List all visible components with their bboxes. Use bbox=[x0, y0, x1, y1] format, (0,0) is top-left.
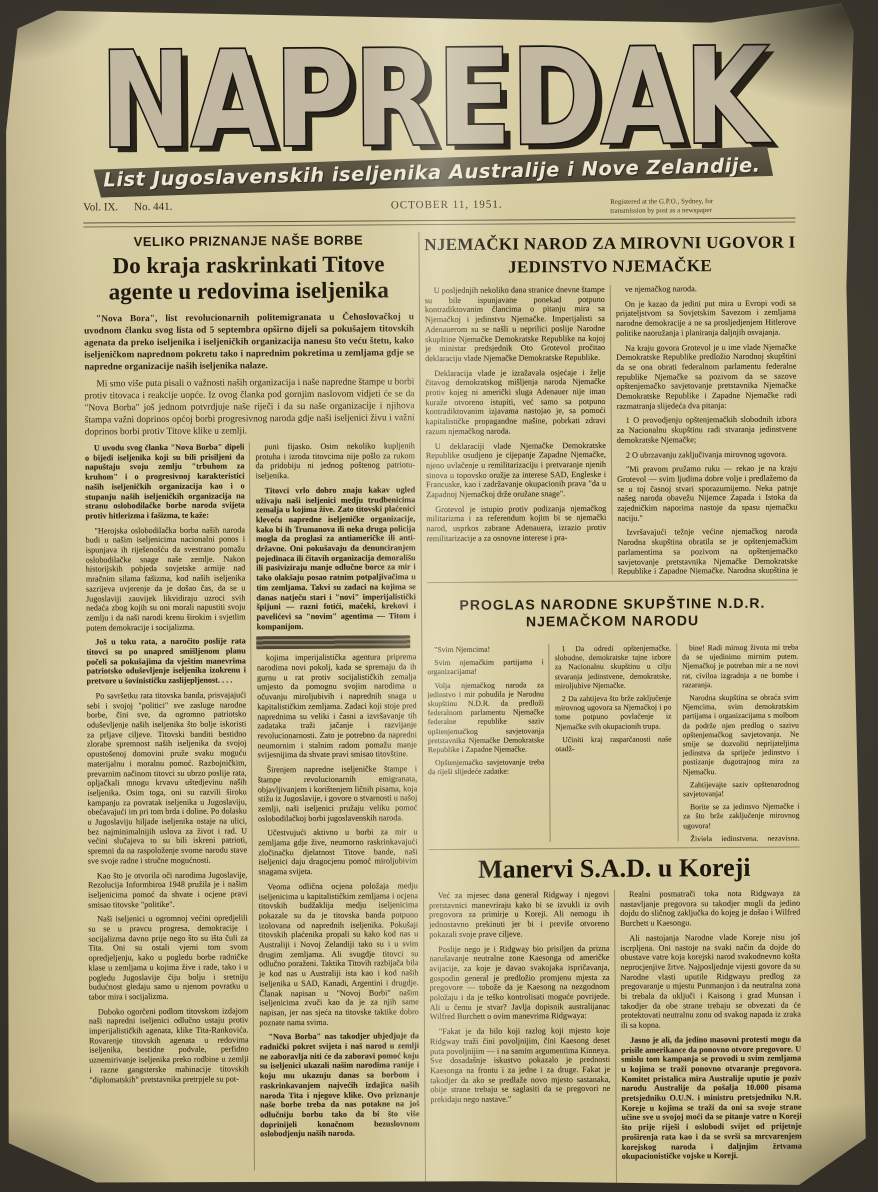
paragraph: Jasno je ali, da jedino masovni protesti… bbox=[621, 1034, 802, 1161]
paragraph: bine! Radi mirnog života mi treba da se … bbox=[682, 643, 799, 690]
column-divider bbox=[676, 643, 678, 841]
paragraph: Duboko ogorčeni podlom titovskom izdajom… bbox=[89, 1006, 249, 1085]
paragraph: Izvršavajući težnje većine njemačkog nar… bbox=[617, 527, 797, 576]
column-paragraphs: puni fijasko. Osim nekoliko kupljenih pr… bbox=[255, 441, 416, 631]
column-3: bine! Radi mirnog života mi treba da se … bbox=[682, 643, 800, 842]
column-2: ve njemačkog naroda.On je kazao da jedin… bbox=[616, 284, 798, 575]
volume-label: Vol. IX. bbox=[83, 201, 118, 213]
korea-article-columns: Već za mjesec dana general Ridgway i nje… bbox=[429, 889, 802, 1188]
article-german-peace-treaty: NJEMAČKI NAROD ZA MIROVNI UGOVOR IJEDINS… bbox=[424, 231, 798, 577]
paragraph: kojima imperijalistička agentura priprem… bbox=[257, 653, 417, 761]
paragraph: Širenjem napredne iseljeničke štampe i š… bbox=[258, 764, 418, 823]
registration-note: Registered at the G.P.O., Sydney, for tr… bbox=[610, 197, 795, 215]
column-1: "Svim Njemcima!Svim njemačkim partijama … bbox=[427, 644, 545, 843]
column-divider bbox=[610, 285, 613, 575]
dateline-volume: Vol. IX.No. 441. bbox=[83, 200, 283, 213]
lead-paragraph-2: Mi smo više puta pisali o važnosti naših… bbox=[84, 376, 414, 438]
article-headline: Do kraja raskrinkati Titoveagente u redo… bbox=[84, 251, 414, 305]
paragraph: Ali nastojanja Narodne vlade Koreje nisu… bbox=[620, 932, 801, 1030]
proclamation-box: PROGLAS NARODNE SKUPŠTINE N.D.R.NJEMAČKO… bbox=[427, 595, 800, 844]
column-divider bbox=[249, 442, 255, 1170]
section-rule bbox=[427, 580, 798, 584]
paragraph: 1 O provodjenju opštenjemačkih slobodnih… bbox=[617, 415, 797, 445]
section-rule bbox=[429, 847, 800, 851]
print-smudge bbox=[257, 636, 410, 650]
paragraph: Realni posmatrači toka nota Ridgwaya za … bbox=[620, 889, 800, 929]
paragraph: "Herojska oslobodilačka borba naših naro… bbox=[85, 525, 245, 633]
paragraph: 2 Da zahtijeva što brže zaključenje miro… bbox=[555, 693, 672, 731]
paragraph: Veoma odlična ocjena položaja medju isel… bbox=[258, 881, 418, 1028]
paragraph: ve njemačkog naroda. bbox=[616, 284, 796, 295]
column-divider bbox=[614, 890, 617, 1186]
german-article-headline: NJEMAČKI NAROD ZA MIROVNI UGOVOR IJEDINS… bbox=[424, 231, 795, 280]
paragraph: U deklaraciji vlade Njemačke Demokratske… bbox=[426, 440, 606, 499]
newspaper-page: NAPREDAK NAPREDAK List Jugoslavenskih is… bbox=[0, 0, 878, 1192]
article-kicker: VELIKO PRIZNANJE NAŠE BORBE bbox=[83, 232, 413, 249]
dateline: Vol. IX.No. 441. OCTOBER 11, 1951. Regis… bbox=[83, 197, 795, 219]
paragraph: On je kazao da jedini put mira u Evropi … bbox=[616, 298, 796, 338]
column-2: Realni posmatrači toka nota Ridgwaya za … bbox=[620, 889, 802, 1186]
paragraph: Grotevol je istupio protiv podizanja nje… bbox=[426, 504, 606, 544]
paragraph: "Fakat je da bilo koji razlog koji mjest… bbox=[430, 1026, 611, 1105]
column-1: U uvodu svog članka "Nova Borba" dipeli … bbox=[85, 442, 250, 1171]
paragraph: Deklaracija vlade je izražavala osjećaje… bbox=[425, 367, 606, 436]
paragraph: Naši iseljenici u ogromnoj većini opredj… bbox=[88, 914, 248, 1002]
paragraph: U uvodu svog članka "Nova Borba" dipeli … bbox=[85, 442, 245, 521]
paragraph: Po savršetku rata titovska banda, prisva… bbox=[87, 690, 248, 866]
proclamation-columns: "Svim Njemcima!Svim njemačkim partijama … bbox=[427, 643, 799, 844]
article-columns: U uvodu svog članka "Nova Borba" dipeli … bbox=[85, 441, 420, 1171]
paragraph: Poslije nego je i Ridgway bio prisiljen … bbox=[429, 943, 610, 1022]
column-paragraphs: kojima imperijalistička agentura priprem… bbox=[257, 653, 420, 1140]
paragraph: Zahtijevajte saziv opštenarodnog savjeto… bbox=[683, 779, 800, 798]
column-divider bbox=[549, 644, 551, 842]
paragraph: "Svim Njemcima! bbox=[427, 644, 543, 654]
paragraph: Učiniti kraj rasparčanosti naše otadž- bbox=[555, 734, 672, 753]
right-page-half: NJEMAČKI NAROD ZA MIROVNI UGOVOR IJEDINS… bbox=[424, 230, 802, 1188]
paragraph: Svim njemačkim partijama i organizacijam… bbox=[427, 657, 544, 676]
paragraph: Kao što je otvorila oči narodima Jugosla… bbox=[88, 870, 248, 910]
issue-date: OCTOBER 11, 1951. bbox=[283, 198, 610, 212]
column-1: U posljednjih nekoliko dana stranice dne… bbox=[425, 285, 607, 576]
paragraph: Opštenjemačko savjetovanje treba da rije… bbox=[428, 758, 545, 777]
paragraph: 1 Da odredi opštenjemačke, slobodne, dem… bbox=[555, 643, 672, 690]
column-2: 1 Da odredi opštenjemačke, slobodne, dem… bbox=[555, 643, 673, 842]
paragraph: "Nova Borba" nas takodjer ubjedjuje da r… bbox=[259, 1032, 419, 1140]
column-1: Već za mjesec dana general Ridgway i nje… bbox=[429, 890, 611, 1187]
paragraph: Još u toku rata, a naročito poslije rata… bbox=[86, 637, 246, 687]
issue-number: No. 441. bbox=[134, 201, 172, 213]
paragraph: Već za mjesec dana general Ridgway i nje… bbox=[429, 890, 609, 940]
page-content: NAPREDAK NAPREDAK List Jugoslavenskih is… bbox=[82, 22, 802, 1190]
paragraph: U posljednjih nekoliko dana stranice dne… bbox=[425, 285, 606, 364]
registration-line-2: transmission by post as a newspaper bbox=[610, 205, 795, 215]
article-tito-agents: VELIKO PRIZNANJE NAŠE BORBE Do kraja ras… bbox=[83, 232, 420, 1189]
paragraph: Na kraju govora Grotevol je u ime vlade … bbox=[616, 342, 797, 411]
masthead: NAPREDAK NAPREDAK List Jugoslavenskih is… bbox=[82, 22, 795, 193]
korea-article-headline: Manervi S.A.D. u Koreji bbox=[429, 853, 800, 886]
paragraph: Živjela jedinstvena, nezavisna, demokrat… bbox=[683, 833, 799, 843]
paragraph: Titovci vrlo dobro znaju kakav ugled uži… bbox=[256, 485, 416, 632]
paragraph: Volja njemačkog naroda za jedinstvo i mi… bbox=[427, 680, 544, 754]
paragraph: "Mi pravom pružamo ruku — rekao je na kr… bbox=[617, 464, 797, 523]
page-body: VELIKO PRIZNANJE NAŠE BORBE Do kraja ras… bbox=[83, 230, 802, 1190]
paragraph: puni fijasko. Osim nekoliko kupljenih pr… bbox=[255, 441, 415, 481]
scanned-newspaper-photo: NAPREDAK NAPREDAK List Jugoslavenskih is… bbox=[0, 0, 878, 1192]
paragraph: 2 O ubrzavanju zaključivanja mirovnog ug… bbox=[617, 449, 797, 460]
header-rule bbox=[83, 218, 795, 228]
proclamation-headline: PROGLAS NARODNE SKUPŠTINE N.D.R.NJEMAČKO… bbox=[427, 595, 798, 632]
lead-paragraph: "Nova Bora", list revolucionarnih polite… bbox=[84, 311, 414, 373]
paragraph: Borite se za jedinsvo Njemačke i za što … bbox=[683, 802, 800, 830]
paragraph: Učestvujući aktivno u borbi za mir u zem… bbox=[258, 827, 418, 877]
article-korea-maneuvers: Manervi S.A.D. u Koreji Već za mjesec da… bbox=[429, 853, 802, 1188]
column-2: puni fijasko. Osim nekoliko kupljenih pr… bbox=[255, 441, 420, 1170]
german-article-columns: U posljednjih nekoliko dana stranice dne… bbox=[425, 284, 798, 577]
paragraph: Narodna skupština se obraća svim Njemcim… bbox=[682, 693, 799, 777]
